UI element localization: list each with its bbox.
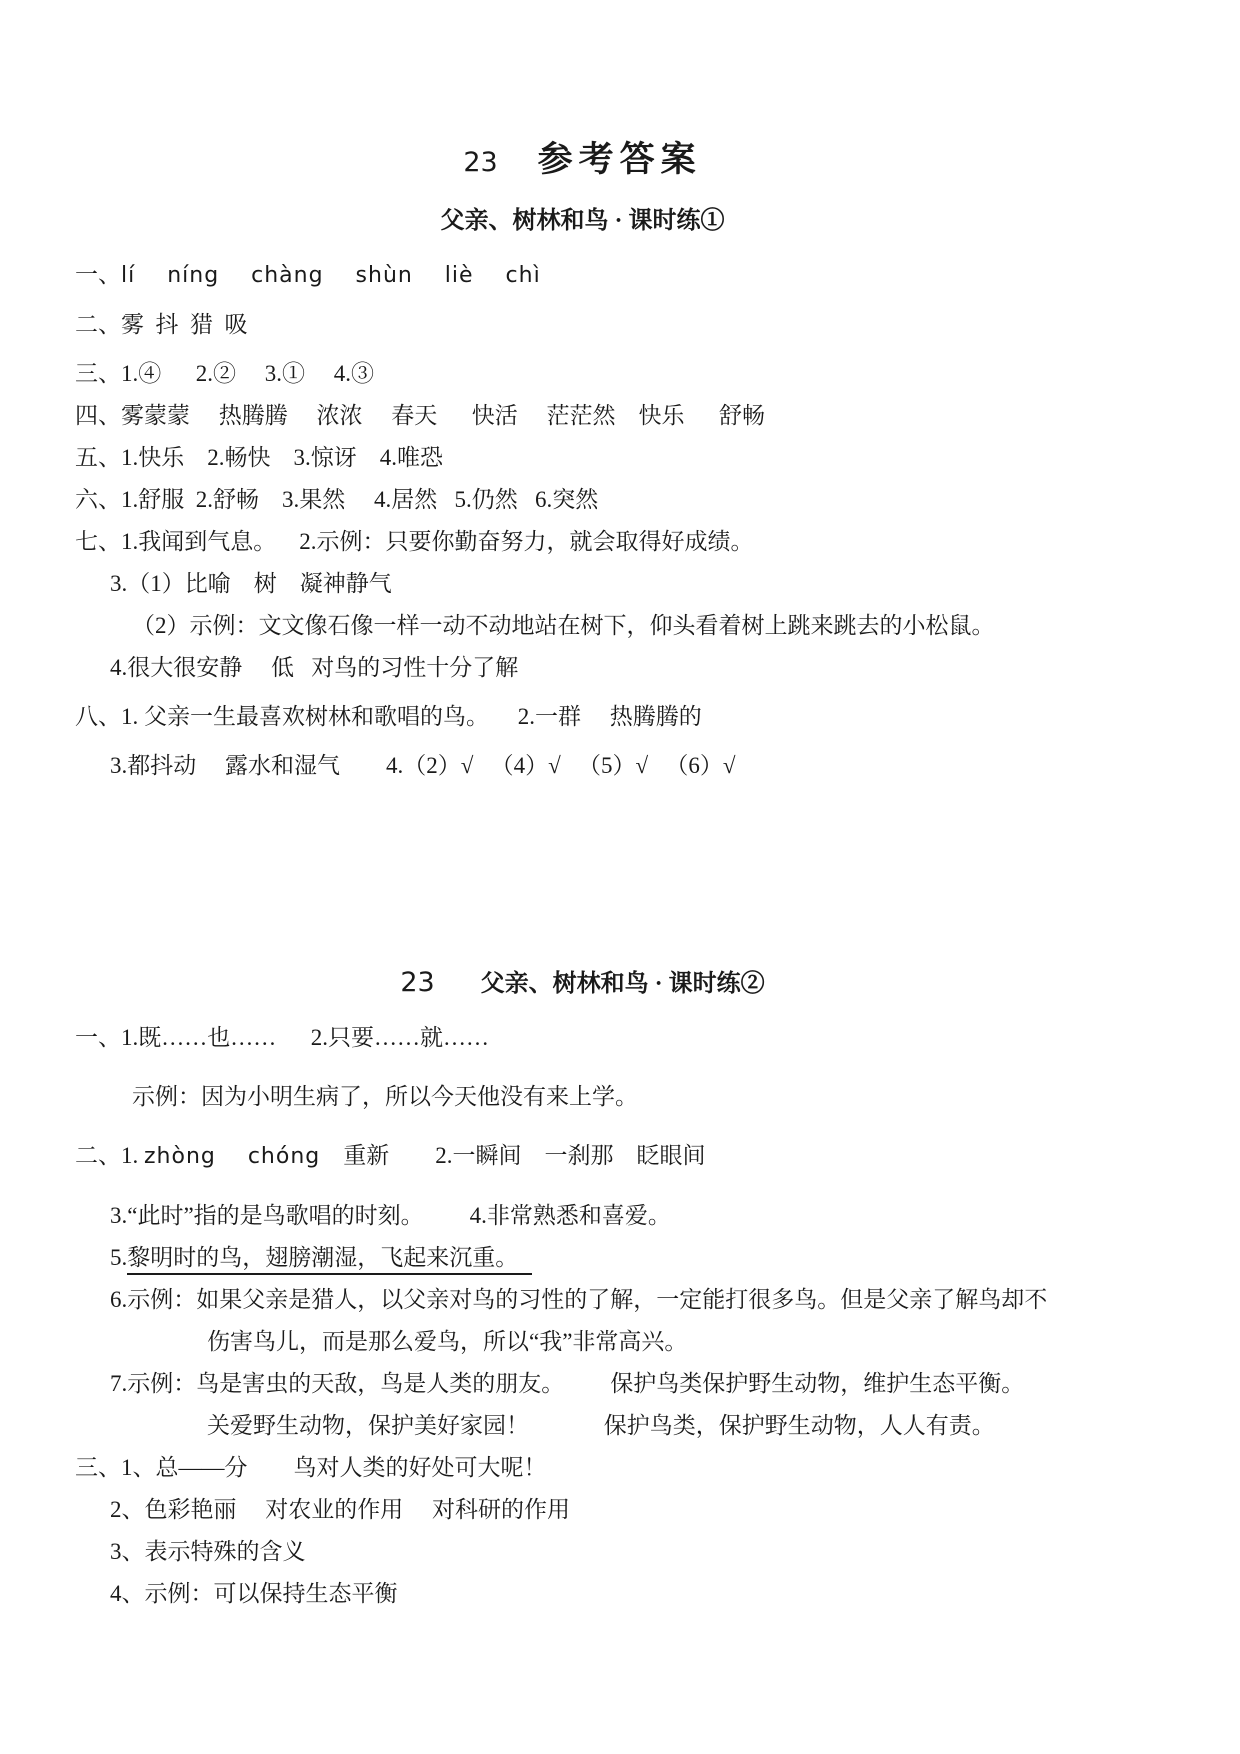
answer-line-q1: 一、lí níng chàng shùn liè chì <box>75 259 1180 291</box>
answer-line-q7-4: 4.很大很安静 低 对鸟的习性十分了解 <box>75 652 1180 683</box>
answer-line-q2-2: 3.“此时”指的是鸟歌唱的时刻。 4.非常熟悉和喜爱。 <box>75 1200 1180 1231</box>
pinyin-answers: lí níng chàng shùn liè chì <box>121 263 541 288</box>
section1-heading-text: 父亲、树林和鸟 · 课时练① <box>440 200 724 235</box>
answer-line-q3-4: 4、示例：可以保持生态平衡 <box>75 1578 1180 1609</box>
section2-heading: 23 父亲、树林和鸟 · 课时练② <box>30 963 1135 998</box>
underlined-answer: 黎明时的鸟，翅膀潮湿，飞起来沉重。 <box>127 1245 532 1275</box>
section-lesson1: 父亲、树林和鸟 · 课时练① 一、lí níng chàng shùn liè … <box>75 200 1180 781</box>
answer-line-q2-1: 二、1. zhòng chóng 重新 2.一瞬间 一刹那 眨眼间 <box>75 1140 1180 1172</box>
answer-line-q2-5: 伤害鸟儿，而是那么爱鸟，所以“我”非常高兴。 <box>75 1326 1180 1357</box>
question-marker: 一、 <box>75 262 121 287</box>
answer-line-q3-2: 2、色彩艳丽 对农业的作用 对科研的作用 <box>75 1494 1180 1525</box>
answer-line-q6: 六、1.舒服 2.舒畅 3.果然 4.居然 5.仍然 6.突然 <box>75 484 1180 515</box>
answer-line-q7-1: 七、1.我闻到气息。 2.示例：只要你勤奋努力，就会取得好成绩。 <box>75 526 1180 557</box>
section2-heading-text: 父亲、树林和鸟 · 课时练② <box>481 963 765 998</box>
question-marker: 八、 <box>75 704 121 729</box>
answer-line-q1-1: 一、1.既……也…… 2.只要……就…… <box>75 1022 1180 1053</box>
answer-line-q1-2: 示例：因为小明生病了，所以今天他没有来上学。 <box>75 1081 1180 1112</box>
answer-line-q3-3: 3、表示特殊的含义 <box>75 1536 1180 1567</box>
section1-heading: 父亲、树林和鸟 · 课时练① <box>30 200 1135 235</box>
answer-line-q4: 四、雾蒙蒙 热腾腾 浓浓 春天 快活 茫茫然 快乐 舒畅 <box>75 400 1180 431</box>
answer-line-q2-6: 7.示例：鸟是害虫的天敌，鸟是人类的朋友。 保护鸟类保护野生动物，维护生态平衡。 <box>75 1368 1180 1399</box>
page-title-row: 23 参考答案 <box>30 132 1135 182</box>
lesson-number: 23 <box>463 147 497 178</box>
answer-key-page: 23 参考答案 父亲、树林和鸟 · 课时练① 一、lí níng chàng s… <box>0 0 1240 1754</box>
answer-line-q5: 五、1.快乐 2.畅快 3.惊讶 4.唯恐 <box>75 442 1180 473</box>
pinyin-answers: zhòng chóng <box>144 1144 320 1169</box>
answer-line-q7-3: （2）示例：文文像石像一样一动不动地站在树下，仰头看着树上跳来跳去的小松鼠。 <box>75 610 1180 641</box>
answer-line-q7-2: 3.（1）比喻 树 凝神静气 <box>75 568 1180 599</box>
answer-line-q8-1: 八、1. 父亲一生最喜欢树林和歌唱的鸟。 2.一群 热腾腾的 <box>75 701 1180 732</box>
section-lesson2: 23 父亲、树林和鸟 · 课时练② 一、1.既……也…… 2.只要……就…… 示… <box>75 963 1180 1609</box>
item-number: 5. <box>110 1245 127 1270</box>
answer-text: 重新 2.一瞬间 一刹那 眨眼间 <box>320 1143 705 1168</box>
answer-line-q2-3: 5.黎明时的鸟，翅膀潮湿，飞起来沉重。 <box>75 1242 1180 1273</box>
answer-line-q3: 三、1.④ 2.② 3.① 4.③ <box>75 358 1180 389</box>
question-marker: 二、1. <box>75 1143 144 1168</box>
answer-line-q2-7: 关爱野生动物，保护美好家园！ 保护鸟类，保护野生动物，人人有责。 <box>75 1410 1180 1441</box>
answer-text: 1. 父亲一生最喜欢树林和歌唱的鸟。 2.一群 热腾腾的 <box>121 704 702 729</box>
answer-line-q2: 二、雾 抖 猎 吸 <box>75 309 1180 340</box>
answer-line-q8-2: 3.都抖动 露水和湿气 4.（2）√ （4）√ （5）√ （6）√ <box>75 750 1180 781</box>
answer-line-q2-4: 6.示例：如果父亲是猎人，以父亲对鸟的习性的了解，一定能打很多鸟。但是父亲了解鸟… <box>75 1284 1180 1315</box>
lesson-number: 23 <box>400 967 434 998</box>
answer-line-q3-1: 三、1、总——分 鸟对人类的好处可大呢！ <box>75 1452 1180 1483</box>
page-title: 参考答案 <box>538 132 702 182</box>
